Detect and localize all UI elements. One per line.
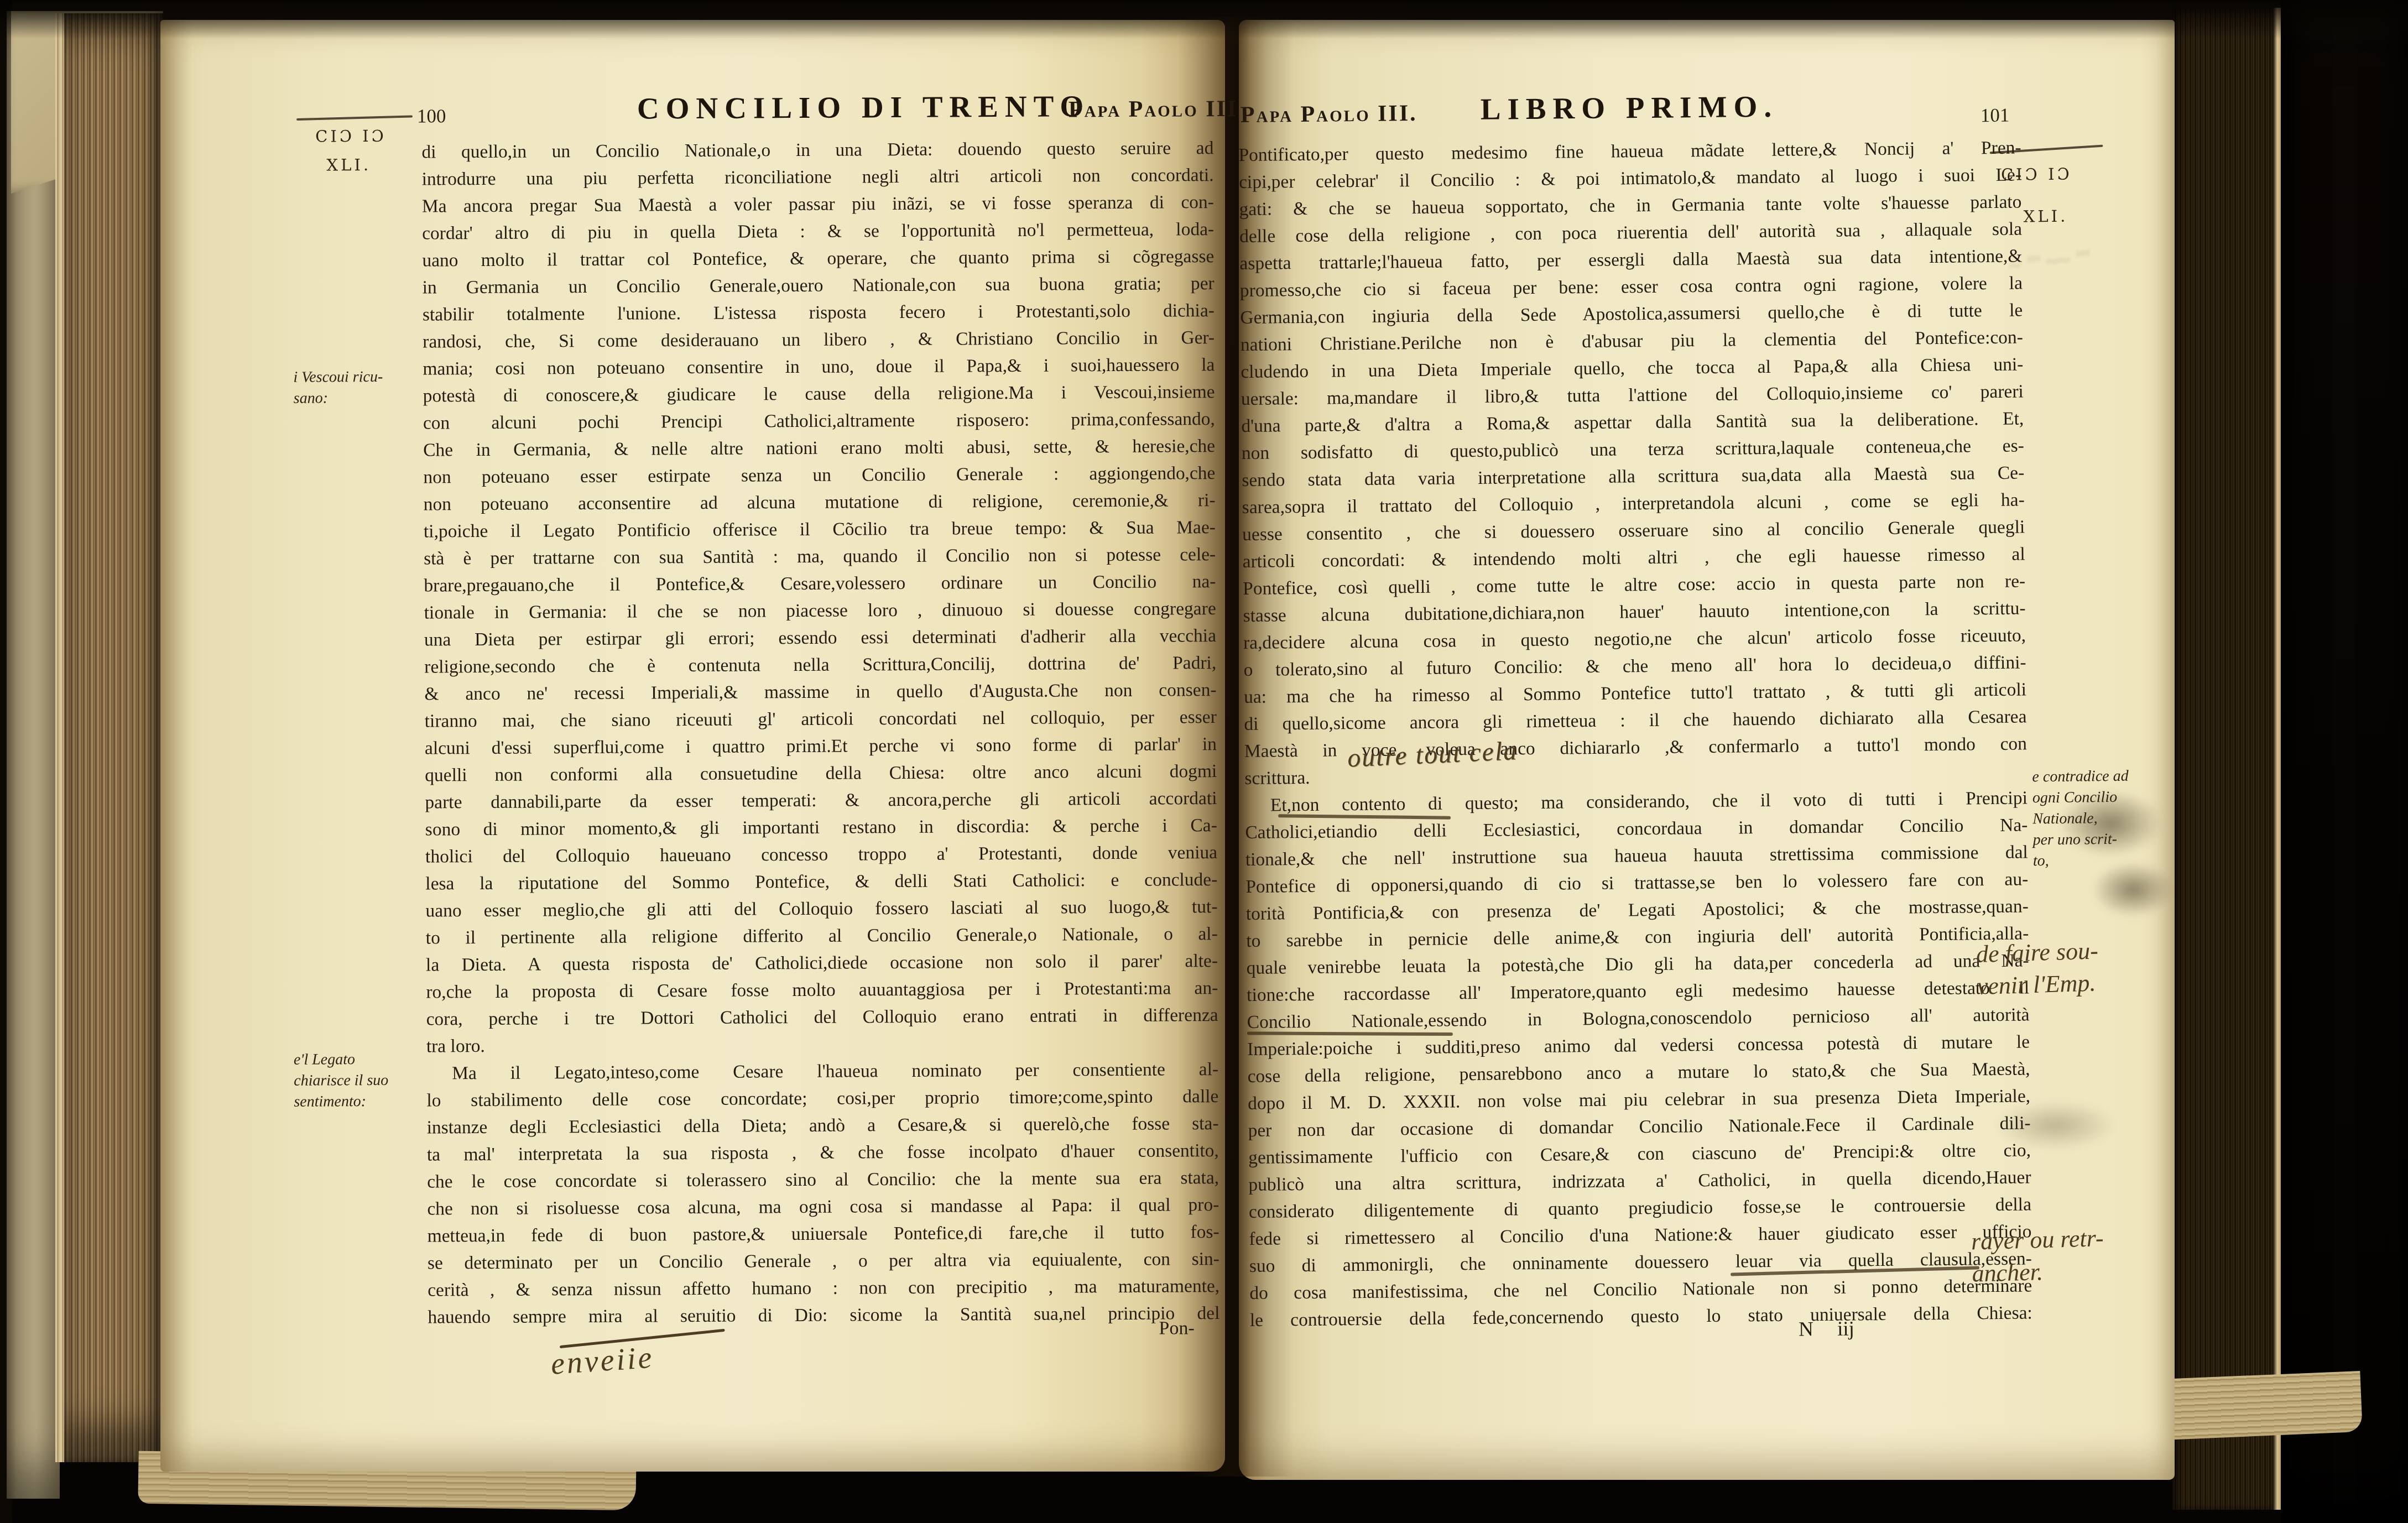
signature-mark: N iij: [1799, 1317, 1854, 1341]
body-text-right: Pontificato,per questo medesimo fine hau…: [1238, 134, 2032, 1333]
left-page: 100 CONCILIO DI TRENTO Papa Paolo III. C…: [160, 20, 1225, 1472]
parchment-flyleaf: [7, 11, 60, 1499]
text-line: potestà di conoscere,& giudicare le caus…: [423, 378, 1215, 409]
text-line: sano:: [294, 388, 421, 409]
text-line: sono di minor momento,& gli importanti r…: [425, 812, 1217, 843]
margin-rule-left: [296, 115, 413, 120]
text-line: e contradice ad: [2032, 765, 2165, 787]
text-line: una Dieta per estirpar gli errori; essen…: [424, 622, 1216, 653]
text-line: stabilir totalmente l'unione. L'istessa …: [423, 297, 1215, 328]
text-line: cora, perche i tre Dottori Catholici del…: [426, 1002, 1218, 1032]
text-line: che le cose concordate si tolerassero si…: [427, 1164, 1219, 1195]
header-title-right: LIBRO PRIMO.: [1481, 89, 1779, 127]
margin-date-left-line1: CIƆ IƆ: [315, 127, 387, 146]
page-number-right: 101: [1980, 105, 2010, 127]
ink-smudge: [1994, 1100, 2117, 1151]
text-line: brare,pregauano,che il Pontefice,& Cesar…: [424, 568, 1216, 599]
margin-note-legato: e'l Legatochiarisce il suosentimento:: [294, 1049, 425, 1113]
text-line: alcuni d'essi superflui,come i quattro p…: [425, 731, 1217, 762]
text-line: ro,che la proposta di Cesare fosse molto…: [426, 974, 1218, 1005]
text-line: tholici del Colloquio haueuano concesso …: [425, 839, 1217, 870]
text-line: ancher.: [1972, 1253, 2171, 1290]
text-line: tra loro.: [426, 1029, 1218, 1060]
text-line: Ma ancora pregar Sua Maestà a voler pass…: [422, 189, 1214, 220]
body-text-left: di quello,in un Concilio Nationale,o in …: [421, 134, 1219, 1331]
margin-date-right-line2: XLI.: [2024, 207, 2068, 226]
text-line: religione,secondo che è contenuta nella …: [424, 649, 1216, 680]
handwritten-note-bottom-left: enveiie: [550, 1340, 655, 1382]
text-line: venir l'Emp.: [1977, 964, 2177, 1003]
text-line: uano molto il trattar col Pontefice, & o…: [422, 243, 1214, 274]
text-line: Ma il Legato,inteso,come Cesare l'haueua…: [426, 1056, 1218, 1087]
text-line: tiranno mai, che siano riceuuti gl' arti…: [425, 703, 1217, 734]
text-line: parte dannabili,parte da esser temperati…: [425, 785, 1217, 816]
ink-smudge: [2092, 862, 2175, 917]
running-head-right: Papa Paolo III.: [1241, 100, 1417, 128]
text-line: to il pertinente alla religione differit…: [426, 920, 1218, 951]
text-line: introdurre una piu perfetta riconciliati…: [422, 161, 1214, 192]
text-line: cerità , & senza nissun affetto humano :…: [428, 1272, 1219, 1303]
header-title-left: CONCILIO DI TRENTO: [637, 88, 1090, 126]
text-line: randosi, che, Si come desiderauano un li…: [423, 324, 1215, 355]
text-line: metteua,in fede di buon pastore,& uniuer…: [428, 1218, 1219, 1249]
book-edge-right: [2281, 0, 2408, 1523]
handwritten-note-souvenir: de faire sou-venir l'Emp.: [1976, 932, 2176, 1003]
text-line: ti,poiche il Legato Pontificio offerisce…: [424, 514, 1216, 545]
text-line: non poteuano esser estirpate senza un Co…: [423, 460, 1215, 491]
book-spread: 100 CONCILIO DI TRENTO Papa Paolo III. C…: [0, 0, 2408, 1523]
text-line: quelli non conformi alla consuetudine de…: [425, 758, 1217, 789]
left-page-edges: [55, 13, 163, 1462]
text-line: sentimento:: [294, 1091, 424, 1113]
text-line: di quello,in un Concilio Nationale,o in …: [421, 134, 1213, 165]
text-line: non poteuano acconsentire ad alcuna muta…: [424, 487, 1216, 518]
text-line: con alcuni pochi Prencipi Catholici,altr…: [423, 405, 1215, 436]
text-line: se determinato per un Concilio Generale …: [428, 1245, 1219, 1276]
catchword: Pon-: [1159, 1318, 1194, 1339]
text-line: in Germania un Concilio Generale,ouero N…: [423, 270, 1215, 301]
text-line: cordar' altro di piu in quella Dieta : &…: [422, 216, 1214, 247]
page-number-left: 100: [417, 105, 446, 127]
text-line: lesa la riputatione del Sommo Pontefice,…: [425, 866, 1217, 897]
right-page: Papa Paolo III. LIBRO PRIMO. 101 CIƆ IƆ …: [1239, 20, 2175, 1480]
text-line: i Vescoui ricu-: [293, 367, 420, 388]
text-line: lo stabilimento delle cose concordate; c…: [426, 1083, 1218, 1114]
text-line: che non si risoluesse cosa alcuna, ma og…: [427, 1191, 1219, 1222]
text-line: uano esser meglio,che gli atti del Collo…: [425, 893, 1217, 924]
text-line: & anco ne' recessi Imperiali,& massime i…: [424, 676, 1216, 707]
text-line: stà è per trattarne con sua Santità : ma…: [424, 541, 1216, 572]
margin-note-vescovi: i Vescoui ricu-sano:: [293, 367, 420, 409]
fore-edge-pages: [2172, 8, 2281, 1510]
text-line: la Dieta. A questa risposta de' Catholic…: [426, 947, 1218, 978]
text-line: e'l Legato: [294, 1049, 424, 1071]
margin-date-left-line2: XLI.: [326, 155, 371, 174]
text-line: tionale in Germania: il che se non piace…: [424, 595, 1216, 626]
text-line: Che in Germania, & nelle altre nationi e…: [423, 432, 1215, 463]
handwritten-note-rayer: rayer ou retr-ancher.: [1971, 1221, 2171, 1290]
text-line: hauendo sempre mira al seruitio di Dio: …: [428, 1300, 1219, 1331]
text-line: mania; cosi non poteuano consentire in u…: [423, 351, 1215, 382]
text-line: chiarisce il suo: [294, 1070, 424, 1092]
text-line: instanze degli Ecclesiastici della Dieta…: [426, 1110, 1218, 1141]
text-line: rayer ou retr-: [1971, 1221, 2170, 1258]
running-head-left: Papa Paolo III.: [1069, 96, 1245, 123]
text-line: ta mal' interpretata la sua risposta , &…: [427, 1137, 1219, 1168]
